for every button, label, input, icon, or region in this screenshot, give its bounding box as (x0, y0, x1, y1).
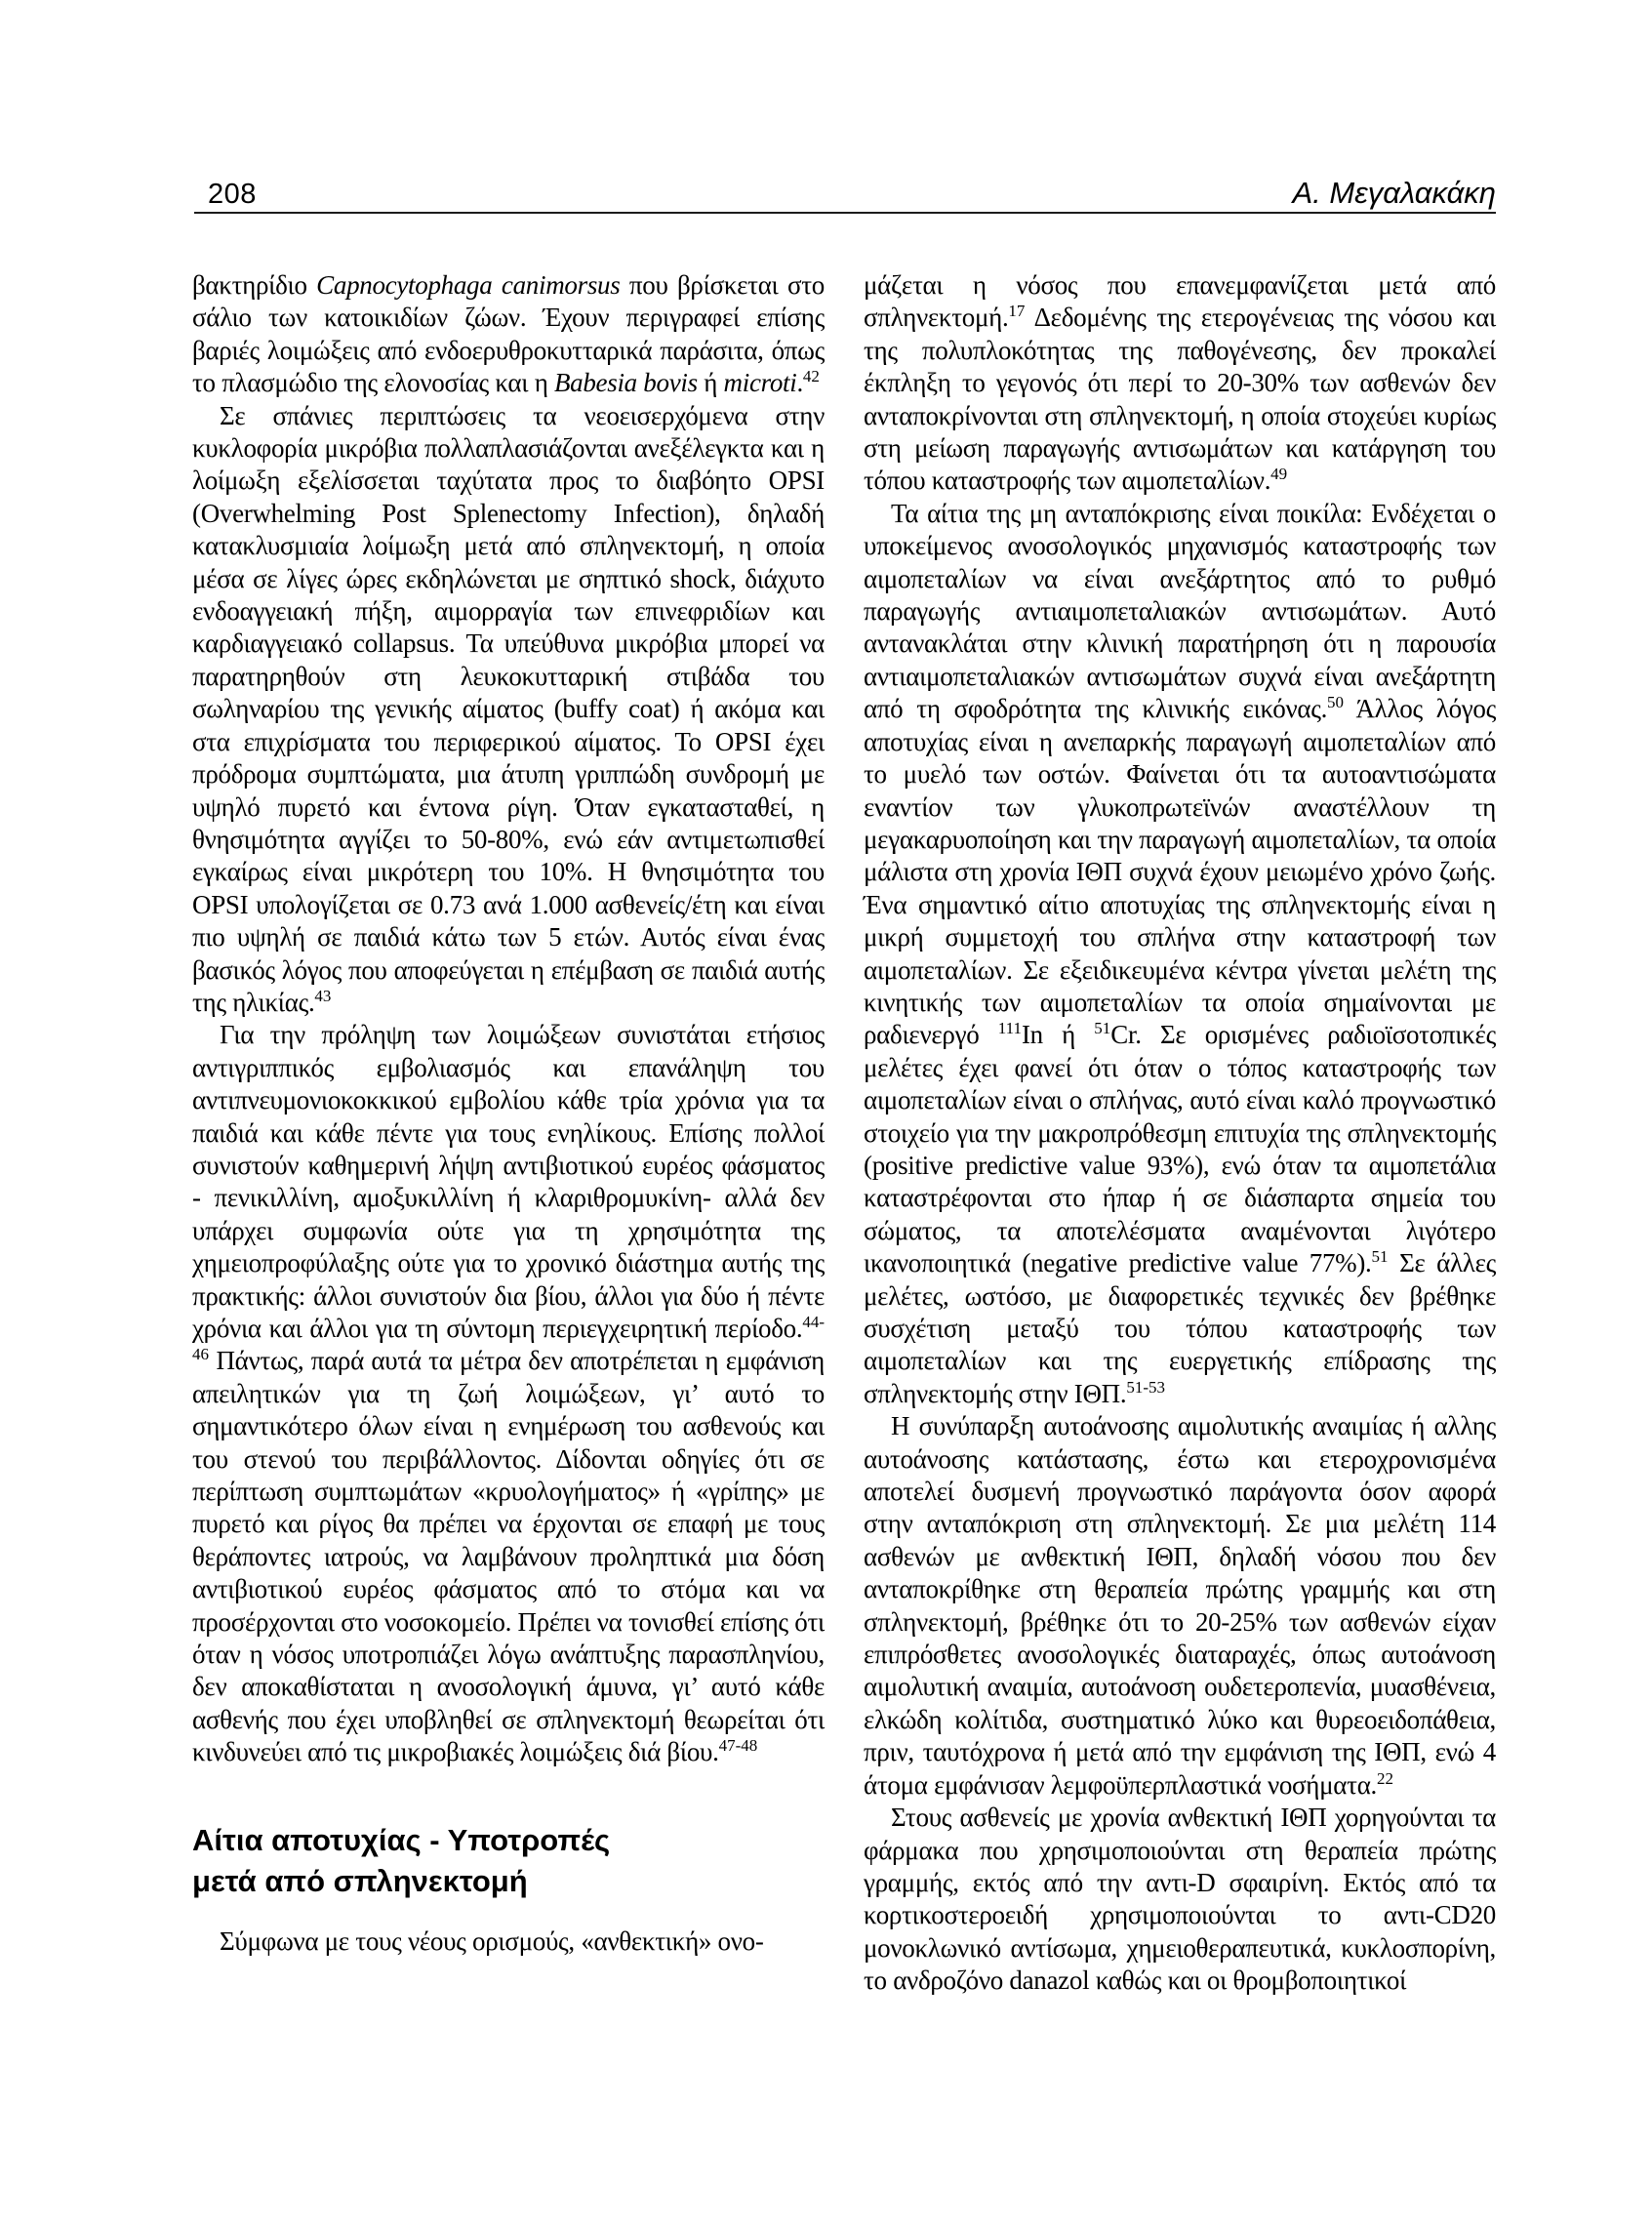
reference-superscript: 17 (1008, 302, 1025, 320)
page: 208 Α. Μεγαλακάκη βακτηρίδιο Capnocytoph… (0, 0, 1652, 2229)
section-heading: Αίτια αποτυχίας - Υποτροπέςμετά από σπλη… (192, 1820, 825, 1902)
reference-superscript: 50 (1327, 693, 1344, 711)
reference-superscript: 111 (998, 1019, 1022, 1037)
paragraph: Στους ασθενείς με χρονία ανθεκτική ΙΘΠ χ… (864, 1802, 1496, 1997)
paragraph: βακτηρίδιο Capnocytophaga canimorsus που… (192, 269, 825, 400)
section-heading-line: μετά από σπληνεκτομή (192, 1861, 825, 1902)
page-number: 208 (208, 179, 257, 211)
running-head: 208 Α. Μεγαλακάκη (194, 176, 1496, 211)
header-rule (194, 212, 1496, 214)
left-column: βακτηρίδιο Capnocytophaga canimorsus που… (192, 269, 825, 1998)
reference-superscript: 47-48 (719, 1736, 758, 1755)
paragraph: μάζεται η νόσος που επανεμφανίζεται μετά… (864, 269, 1496, 498)
paragraph: Σε σπάνιες περιπτώσεις τα νεοεισερχόμενα… (192, 400, 825, 1020)
paragraph: Τα αίτια της μη ανταπόκρισης είναι ποικί… (864, 498, 1496, 1410)
reference-superscript: 22 (1377, 1769, 1393, 1788)
reference-superscript: 51 (1372, 1247, 1389, 1266)
reference-superscript: 51-53 (1126, 1378, 1165, 1397)
paragraph: Σύμφωνα με τους νέους ορισμούς, «ανθεκτι… (192, 1925, 825, 1958)
reference-superscript: 49 (1270, 465, 1287, 483)
article-body: βακτηρίδιο Capnocytophaga canimorsus που… (192, 269, 1496, 1998)
paragraph: Για την πρόληψη των λοιμώξεων συνιστάται… (192, 1019, 825, 1768)
reference-superscript: 42 (803, 367, 820, 385)
paragraph: Η συνύπαρξη αυτοάνοσης αιμολυτικής αναιμ… (864, 1410, 1496, 1802)
reference-superscript: 43 (314, 987, 331, 1005)
reference-superscript: 51 (1094, 1019, 1110, 1037)
right-column: μάζεται η νόσος που επανεμφανίζεται μετά… (864, 269, 1496, 1998)
section-heading-line: Αίτια αποτυχίας - Υποτροπές (192, 1820, 825, 1861)
running-head-author: Α. Μεγαλακάκη (1292, 176, 1496, 211)
